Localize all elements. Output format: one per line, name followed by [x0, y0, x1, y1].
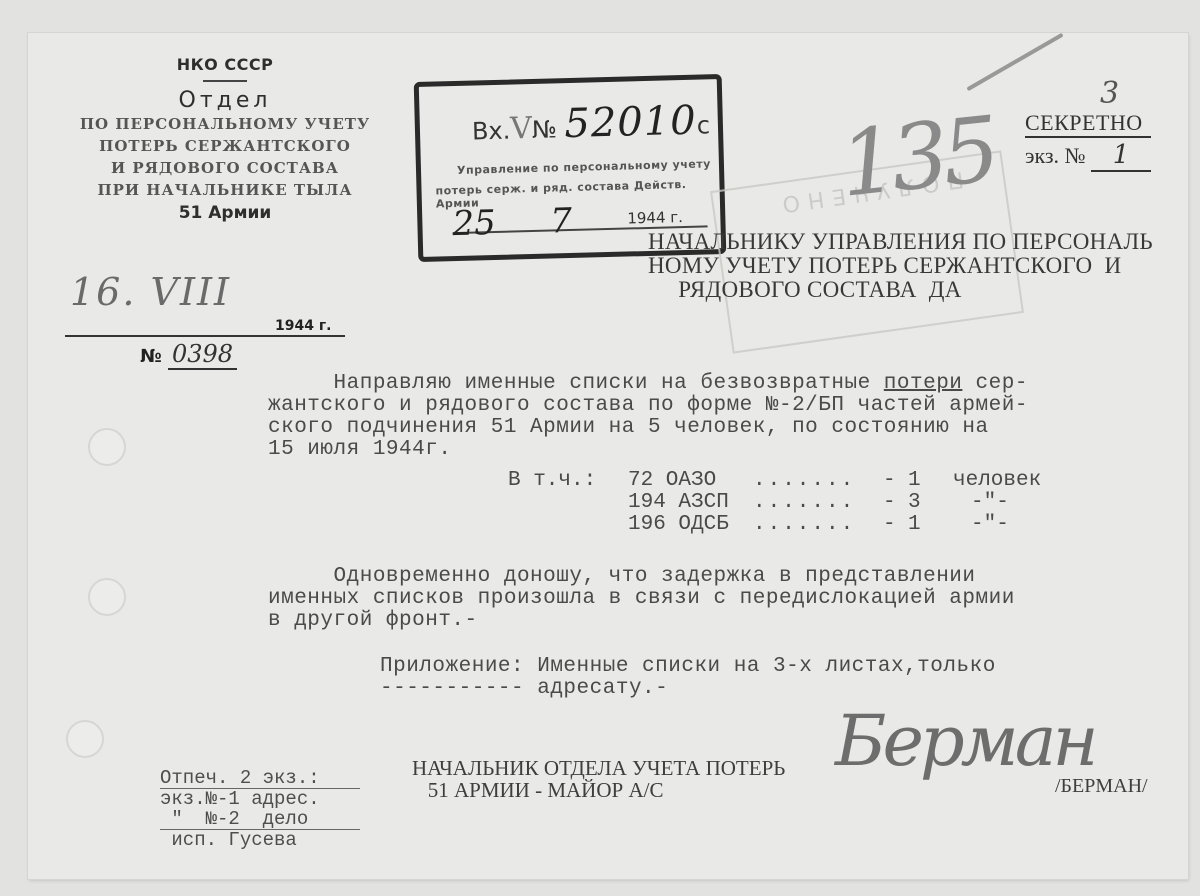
leader-dots: .......	[753, 470, 883, 492]
stamp-date-handwritten: 16. VIII	[70, 270, 231, 314]
addressee-line: РЯДОВОГО СОСТАВА ДА	[648, 278, 1153, 302]
body-line: в другой фронт.-	[268, 610, 1015, 632]
copies-note: Отпеч. 2 экз.: экз.№-1 адрес. " №-2 дело…	[160, 768, 360, 850]
casualty-count: 1	[908, 514, 953, 536]
incoming-suffix: с	[696, 111, 710, 139]
leader-dots: .......	[753, 514, 883, 536]
copy-number-value: 1	[1091, 140, 1151, 172]
stamp-dept: Отдел	[60, 88, 390, 113]
stamp-year: 1944 г.	[275, 318, 331, 334]
incoming-year: 1944 г.	[627, 208, 683, 227]
stamp-org: НКО СССР	[60, 55, 390, 74]
classification-mark: СЕКРЕТНО экз. № 1	[1025, 110, 1151, 172]
breakdown-row: 194 АЗСП ....... - 3 -"-	[508, 492, 1041, 514]
breakdown-row: В т.ч.: 72 ОАЗО ....... - 1 человек	[508, 470, 1041, 492]
page-number: 3	[1100, 76, 1119, 111]
incoming-prefix: Вх.	[472, 117, 511, 146]
casualty-breakdown: В т.ч.: 72 ОАЗО ....... - 1 человек 194 …	[508, 470, 1041, 536]
copies-line: исп. Гусева	[160, 830, 360, 850]
attachment-line: ----------- адресату.-	[380, 678, 996, 700]
number-prefix: №	[140, 346, 162, 367]
count-label: -"-	[953, 492, 1009, 514]
copies-line: Отпеч. 2 экз.:	[160, 768, 360, 789]
incoming-agency-line: Управление по персональному учету	[457, 157, 711, 177]
incoming-number-prefix: №	[532, 115, 558, 144]
outgoing-number: № 0398	[140, 340, 237, 368]
handwritten-signature: Берман	[835, 700, 1095, 782]
body-line: жантского и рядового состава по форме №-…	[268, 395, 1028, 417]
copy-number: экз. № 1	[1025, 140, 1151, 172]
body-line: 15 июля 1944г.	[268, 439, 1028, 461]
count-label: человек	[953, 470, 1041, 492]
addressee-line: НОМУ УЧЕТУ ПОТЕРЬ СЕРЖАНТСКОГО И	[648, 254, 1153, 278]
outgoing-number-value: 0398	[168, 340, 237, 370]
signatory-title: НАЧАЛЬНИК ОТДЕЛА УЧЕТА ПОТЕРЬ 51 АРМИИ -…	[412, 757, 785, 801]
incoming-day: 25	[452, 203, 496, 244]
stamp-divider	[203, 80, 247, 82]
breakdown-row: 196 ОДСБ ....... - 1 -"-	[508, 514, 1041, 536]
copies-line: " №-2 дело	[160, 809, 360, 830]
punch-hole	[88, 428, 126, 466]
addressee-line: НАЧАЛЬНИКУ УПРАВЛЕНИЯ ПО ПЕРСОНАЛЬ	[648, 230, 1153, 254]
copy-label: экз. №	[1025, 143, 1086, 168]
body-text: сер-	[962, 372, 1028, 395]
addressee-block: НАЧАЛЬНИКУ УПРАВЛЕНИЯ ПО ПЕРСОНАЛЬ НОМУ …	[648, 230, 1153, 302]
handwritten-resolution: 135	[835, 97, 999, 218]
attachment-line: Приложение: Именные списки на 3-х листах…	[380, 656, 996, 678]
check-mark-icon: V	[510, 111, 533, 147]
body-line: Одновременно доношу, что задержка в пред…	[268, 566, 1015, 588]
body-paragraph-2: Одновременно доношу, что задержка в пред…	[268, 566, 1015, 632]
incoming-month: 7	[550, 201, 573, 242]
body-line: Направляю именные списки на безвозвратны…	[268, 373, 1028, 395]
signatory-name: /БЕРМАН/	[1055, 775, 1148, 798]
unit-name: 194 АЗСП	[628, 492, 753, 514]
punch-hole	[66, 720, 104, 758]
body-line: именных списков произошла в связи с пере…	[268, 588, 1015, 610]
department-stamp: НКО СССР Отдел ПО ПЕРСОНАЛЬНОМУ УЧЕТУ ПО…	[60, 55, 390, 223]
copies-line: экз.№-1 адрес.	[160, 789, 360, 809]
underlined-word: потери	[884, 372, 963, 395]
dash: -	[883, 470, 908, 492]
casualty-count: 3	[908, 492, 953, 514]
incoming-header: Вх.V№ 52010с	[471, 97, 710, 149]
body-text: Направляю именные списки на безвозвратны…	[268, 372, 884, 395]
unit-name: 196 ОДСБ	[628, 514, 753, 536]
casualty-count: 1	[908, 470, 953, 492]
signatory-title-line: НАЧАЛЬНИК ОТДЕЛА УЧЕТА ПОТЕРЬ	[412, 757, 785, 779]
punch-hole	[88, 578, 126, 616]
stamp-line: ПРИ НАЧАЛЬНИКЕ ТЫЛА	[60, 179, 390, 201]
signatory-title-line: 51 АРМИИ - МАЙОР А/С	[412, 779, 785, 801]
body-line: ского подчинения 51 Армии на 5 человек, …	[268, 417, 1028, 439]
stamp-line: ПО ПЕРСОНАЛЬНОМУ УЧЕТУ	[60, 113, 390, 135]
attachment-note: Приложение: Именные списки на 3-х листах…	[380, 656, 996, 700]
stamp-line: И РЯДОВОГО СОСТАВА	[60, 157, 390, 179]
incoming-number: 52010	[564, 98, 697, 147]
breakdown-lead: В т.ч.:	[508, 470, 628, 492]
dash: -	[883, 514, 908, 536]
count-label: -"-	[953, 514, 1009, 536]
stamp-army: 51 Армии	[60, 203, 390, 223]
leader-dots: .......	[753, 492, 883, 514]
stamp-line: ПОТЕРЬ СЕРЖАНТСКОГО	[60, 135, 390, 157]
unit-name: 72 ОАЗО	[628, 470, 753, 492]
body-paragraph-1: Направляю именные списки на безвозвратны…	[268, 373, 1028, 461]
classification-label: СЕКРЕТНО	[1025, 110, 1151, 138]
dash: -	[883, 492, 908, 514]
